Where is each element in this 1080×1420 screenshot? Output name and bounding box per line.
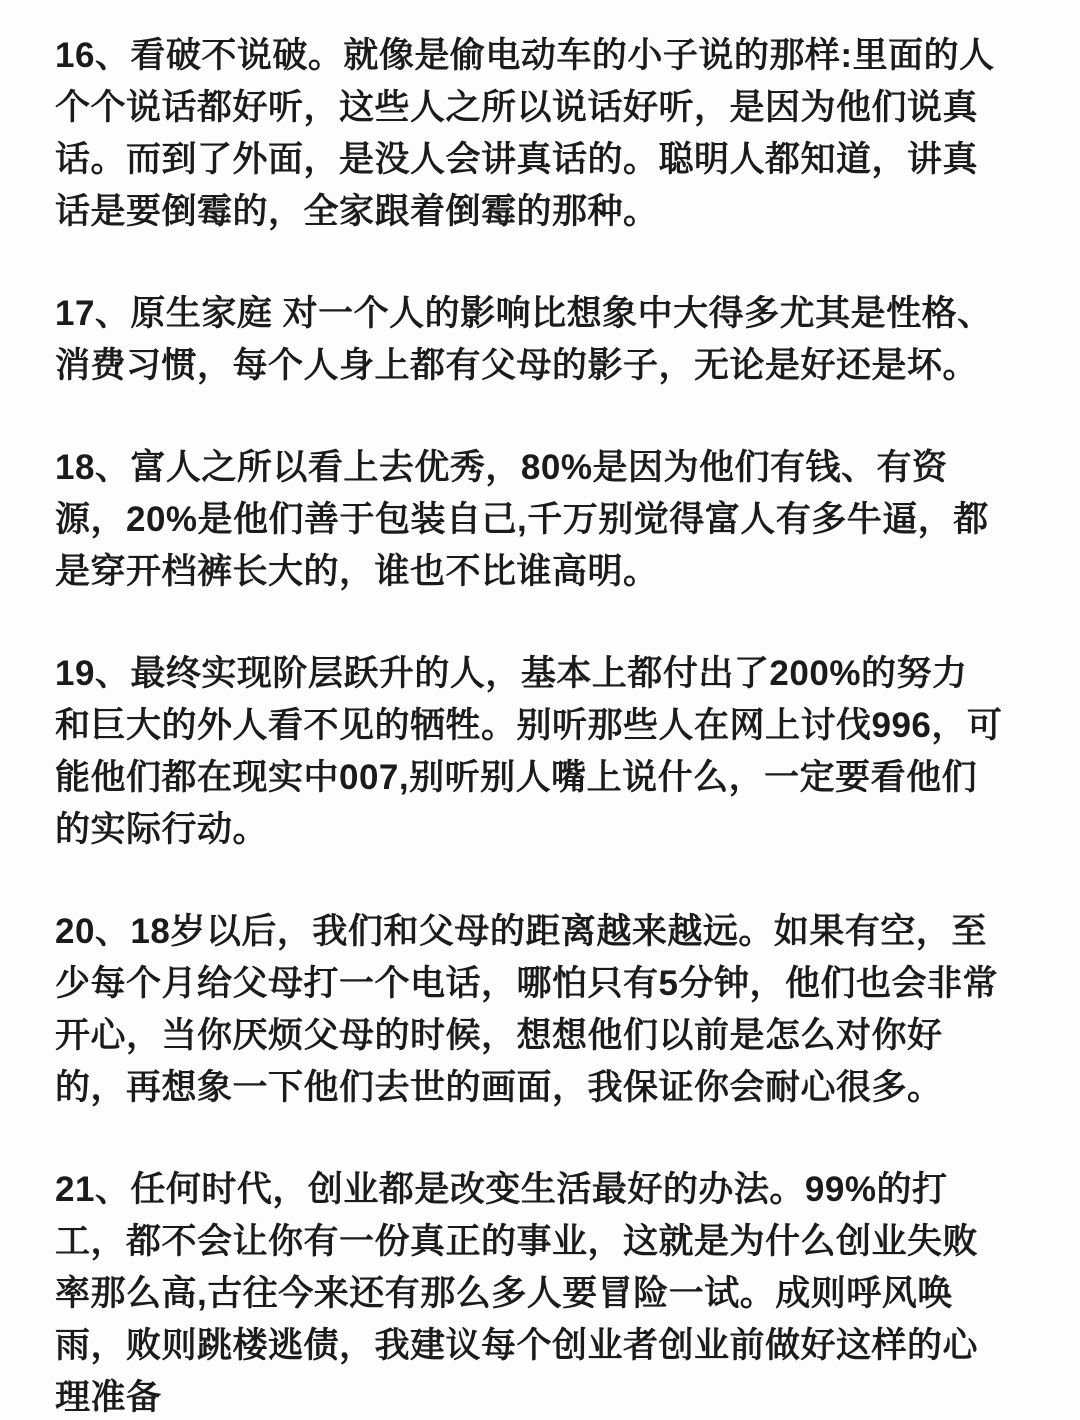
text-line: 消费习惯，每个人身上都有父母的影子，无论是好还是坏。 bbox=[55, 340, 1028, 392]
text-line: 工，都不会让你有一份真正的事业，这就是为什么创业失败 bbox=[55, 1216, 1028, 1268]
text-line: 理准备 bbox=[55, 1372, 1028, 1420]
list-item-19: 19、最终实现阶层跃升的人，基本上都付出了200%的努力 和巨大的外人看不见的牺… bbox=[55, 648, 1028, 856]
text-line: 20、18岁以后，我们和父母的距离越来越远。如果有空，至 bbox=[55, 906, 1028, 958]
text-page: 16、看破不说破。就像是偷电动车的小子说的那样:里面的人 个个说话都好听，这些人… bbox=[0, 0, 1080, 1420]
text-line: 21、任何时代，创业都是改变生活最好的办法。99%的打 bbox=[55, 1164, 1028, 1216]
text-line: 的实际行动。 bbox=[55, 804, 1028, 856]
list-item-20: 20、18岁以后，我们和父母的距离越来越远。如果有空，至 少每个月给父母打一个电… bbox=[55, 906, 1028, 1114]
text-line: 话。而到了外面，是没人会讲真话的。聪明人都知道，讲真 bbox=[55, 134, 1028, 186]
text-line: 开心，当你厌烦父母的时候，想想他们以前是怎么对你好 bbox=[55, 1010, 1028, 1062]
text-line: 率那么高,古往今来还有那么多人要冒险一试。成则呼风唤 bbox=[55, 1268, 1028, 1320]
list-item-16: 16、看破不说破。就像是偷电动车的小子说的那样:里面的人 个个说话都好听，这些人… bbox=[55, 30, 1028, 238]
text-line: 个个说话都好听，这些人之所以说话好听，是因为他们说真 bbox=[55, 82, 1028, 134]
list-item-17: 17、原生家庭 对一个人的影响比想象中大得多尤其是性格、 消费习惯，每个人身上都… bbox=[55, 288, 1028, 392]
list-item-18: 18、富人之所以看上去优秀，80%是因为他们有钱、有资 源，20%是他们善于包装… bbox=[55, 442, 1028, 598]
text-line: 是穿开档裤长大的，谁也不比谁高明。 bbox=[55, 546, 1028, 598]
text-line: 雨，败则跳楼逃债，我建议每个创业者创业前做好这样的心 bbox=[55, 1320, 1028, 1372]
text-line: 少每个月给父母打一个电话，哪怕只有5分钟，他们也会非常 bbox=[55, 958, 1028, 1010]
text-line: 19、最终实现阶层跃升的人，基本上都付出了200%的努力 bbox=[55, 648, 1028, 700]
list-item-21: 21、任何时代，创业都是改变生活最好的办法。99%的打 工，都不会让你有一份真正… bbox=[55, 1164, 1028, 1420]
text-line: 16、看破不说破。就像是偷电动车的小子说的那样:里面的人 bbox=[55, 30, 1028, 82]
text-line: 话是要倒霉的，全家跟着倒霉的那种。 bbox=[55, 186, 1028, 238]
text-line: 源，20%是他们善于包装自己,千万别觉得富人有多牛逼，都 bbox=[55, 494, 1028, 546]
text-line: 18、富人之所以看上去优秀，80%是因为他们有钱、有资 bbox=[55, 442, 1028, 494]
text-line: 能他们都在现实中007,别听别人嘴上说什么，一定要看他们 bbox=[55, 752, 1028, 804]
text-line: 和巨大的外人看不见的牺牲。别听那些人在网上讨伐996，可 bbox=[55, 700, 1028, 752]
text-line: 的，再想象一下他们去世的画面，我保证你会耐心很多。 bbox=[55, 1062, 1028, 1114]
text-line: 17、原生家庭 对一个人的影响比想象中大得多尤其是性格、 bbox=[55, 288, 1028, 340]
